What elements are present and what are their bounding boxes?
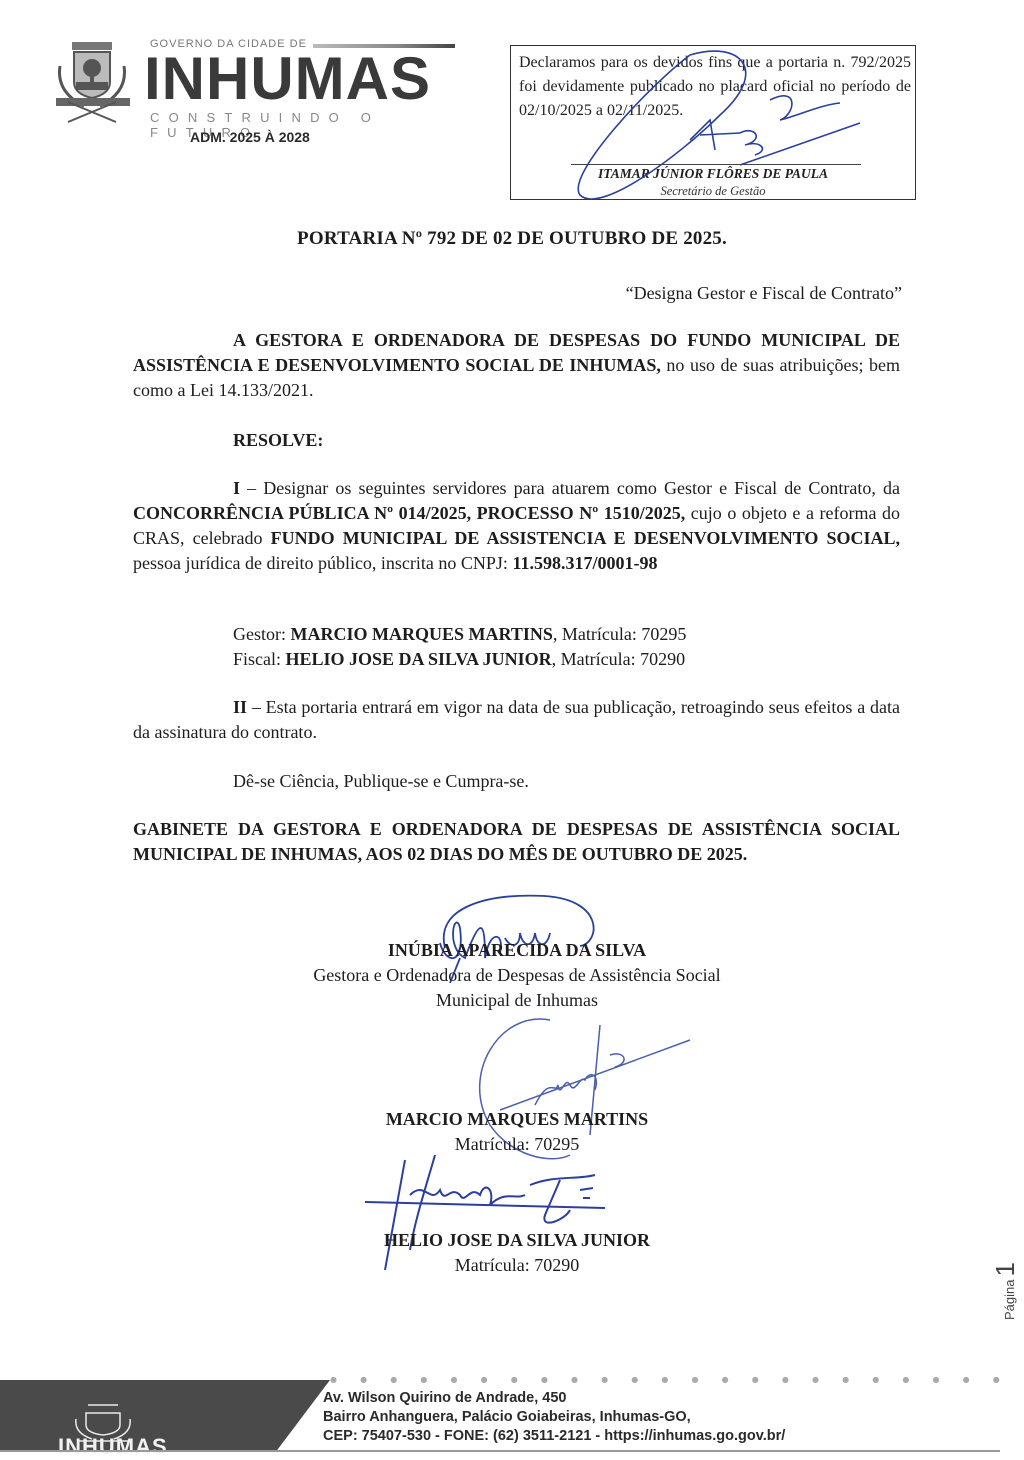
fiscal-label: Fiscal: <box>233 649 286 669</box>
document-title: PORTARIA Nº 792 DE 02 DE OUTUBRO DE 2025… <box>0 228 1024 250</box>
article-2-number: II <box>233 697 247 717</box>
administration-period: ADM. 2025 À 2028 <box>190 129 310 145</box>
footer-address: Av. Wilson Quirino de Andrade, 450 Bairr… <box>323 1389 785 1446</box>
stamp-signer-name: ITAMAR JÚNIOR FLÔRES DE PAULA <box>511 166 915 182</box>
resolve-heading: RESOLVE: <box>233 428 1000 453</box>
signature-block-manager: INÚBIA APARECIDA DA SILVA Gestora e Orde… <box>0 938 1024 1013</box>
article-2-text: – Esta portaria entrará em vigor na data… <box>133 697 900 742</box>
address-street: Av. Wilson Quirino de Andrade, 450 <box>323 1389 785 1408</box>
article-1-number: I <box>233 478 240 498</box>
page-number-value: 1 <box>990 1262 1020 1276</box>
fiscal-name: HELIO JOSE DA SILVA JUNIOR <box>286 649 552 669</box>
coat-of-arms-icon <box>50 38 138 126</box>
address-district: Bairro Anhanguera, Palácio Goiabeiras, I… <box>323 1408 785 1427</box>
document-summary: “Designa Gestor e Fiscal de Contrato” <box>626 283 902 304</box>
footer-dotted-rule: ● ● ● ● ● ● ● ● ● ● ● ● ● ● ● ● ● ● ● ● … <box>330 1375 1000 1383</box>
signer-name: MARCIO MARQUES MARTINS <box>0 1107 1024 1132</box>
fiscal-line: Fiscal: HELIO JOSE DA SILVA JUNIOR, Matr… <box>233 647 1000 672</box>
signature-block-gestor: MARCIO MARQUES MARTINS Matrícula: 70295 <box>0 1107 1024 1157</box>
signer-registration: Matrícula: 70295 <box>0 1132 1024 1157</box>
city-name: INHUMAS <box>144 48 431 110</box>
stamp-declaration: Declaramos para os devidos fins que a po… <box>519 51 911 123</box>
signature-block-fiscal: HELIO JOSE DA SILVA JUNIOR Matrícula: 70… <box>0 1228 1024 1278</box>
article-2: II – Esta portaria entrará em vigor na d… <box>133 695 900 745</box>
page-number: Página1 <box>990 1262 1021 1320</box>
page-label: Página <box>1002 1280 1017 1320</box>
publish-clause: Dê-se Ciência, Publique-se e Cumpra-se. <box>233 769 1000 794</box>
tender-reference: CONCORRÊNCIA PÚBLICA Nº 014/2025, PROCES… <box>133 503 685 523</box>
address-contact: CEP: 75407-530 - FONE: (62) 3511-2121 - … <box>323 1427 785 1446</box>
article-1-cnpj-label: pessoa jurídica de direito público, insc… <box>133 553 512 573</box>
gestor-line: Gestor: MARCIO MARQUES MARTINS, Matrícul… <box>233 622 1000 647</box>
article-1: I – Designar os seguintes servidores par… <box>133 476 900 576</box>
signer-name: HELIO JOSE DA SILVA JUNIOR <box>0 1228 1024 1253</box>
preamble-paragraph: A GESTORA E ORDENADORA DE DESPESAS DO FU… <box>133 328 900 403</box>
signer-role-continued: Municipal de Inhumas <box>0 988 1024 1013</box>
contracting-entity: FUNDO MUNICIPAL DE ASSISTENCIA E DESENVO… <box>271 528 900 548</box>
fiscal-registration: , Matrícula: 70290 <box>552 649 685 669</box>
cnpj-number: 11.598.317/0001-98 <box>512 553 657 573</box>
signer-registration: Matrícula: 70290 <box>0 1253 1024 1278</box>
gestor-name: MARCIO MARQUES MARTINS <box>291 624 553 644</box>
signer-role: Gestora e Ordenadora de Despesas de Assi… <box>0 963 1024 988</box>
gestor-registration: , Matrícula: 70295 <box>553 624 686 644</box>
footer-city-name: INHUMAS <box>58 1434 168 1460</box>
gestor-label: Gestor: <box>233 624 291 644</box>
article-1-text: – Designar os seguintes servidores para … <box>240 478 900 498</box>
city-logo: GOVERNO DA CIDADE DE INHUMAS CONSTRUINDO… <box>50 38 470 148</box>
stamp-signer-role: Secretário de Gestão <box>511 184 915 199</box>
stamp-signature-line <box>571 164 861 165</box>
signer-name: INÚBIA APARECIDA DA SILVA <box>0 938 1024 963</box>
publication-stamp: Declaramos para os devidos fins que a po… <box>510 45 916 200</box>
gabinete-closing: GABINETE DA GESTORA E ORDENADORA DE DESP… <box>133 817 900 867</box>
footer-rule <box>0 1450 1000 1452</box>
